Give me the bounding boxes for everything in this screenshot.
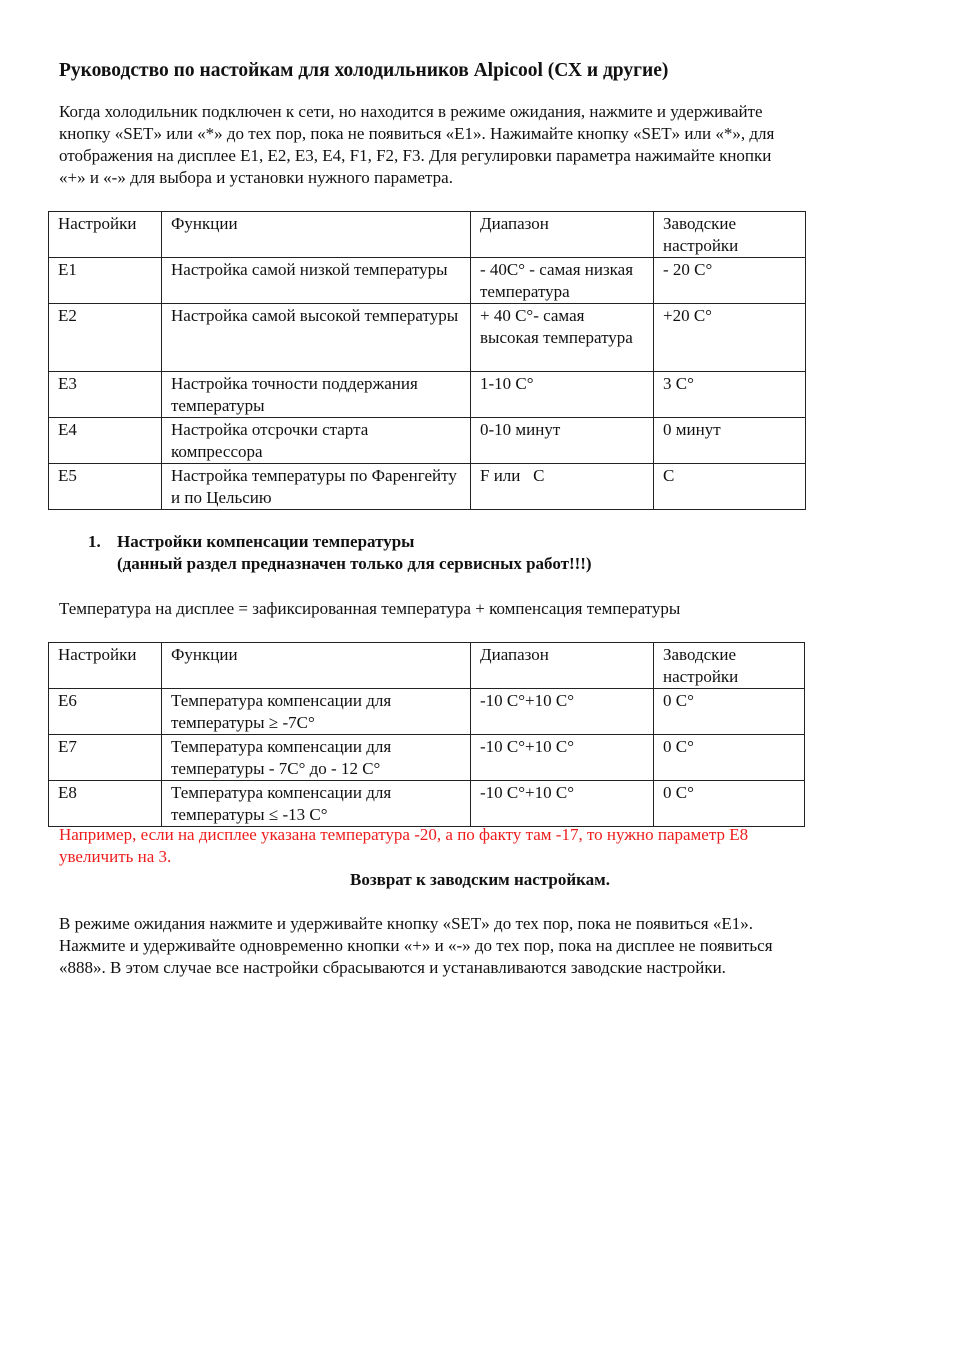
default-cell: 0 C° [654, 689, 805, 735]
default-cell: 0 C° [654, 781, 805, 827]
code-cell: E3 [49, 372, 162, 418]
default-cell: C [654, 464, 806, 510]
table-row: E2 Настройка самой высокой температуры +… [49, 304, 806, 372]
function-cell: Настройка точности поддержания температу… [162, 372, 471, 418]
range-cell: -10 C°+10 C° [471, 781, 654, 827]
code-cell: E4 [49, 418, 162, 464]
function-cell: Настройка отсрочки старта компрессора [162, 418, 471, 464]
code-cell: E2 [49, 304, 162, 372]
section-heading: 1.Настройки компенсации температуры (дан… [88, 531, 592, 575]
reset-line: Нажмите и удерживайте одновременно кнопк… [59, 935, 899, 957]
reset-paragraph: В режиме ожидания нажмите и удерживайте … [59, 913, 899, 979]
header-cell: Функции [162, 643, 471, 689]
code-cell: E7 [49, 735, 162, 781]
table-row: E6 Температура компенсации для температу… [49, 689, 805, 735]
settings-table-e6-e8: Настройки Функции Диапазон Заводские нас… [48, 642, 805, 827]
section-title: Настройки компенсации температуры [117, 532, 414, 551]
document-title: Руководство по настойкам для холодильник… [59, 60, 668, 82]
intro-line: Когда холодильник подключен к сети, но н… [59, 101, 899, 123]
function-cell: Температура компенсации для температуры … [162, 689, 471, 735]
header-cell: Заводские настройки [654, 212, 806, 258]
intro-line: кнопку «SET» или «*» до тех пор, пока не… [59, 123, 899, 145]
default-cell: - 20 C° [654, 258, 806, 304]
formula-text: Температура на дисплее = зафиксированная… [59, 598, 899, 620]
table-row: E3 Настройка точности поддержания темпер… [49, 372, 806, 418]
default-cell: 3 C° [654, 372, 806, 418]
document-page: Руководство по настойкам для холодильник… [0, 0, 960, 1358]
section-number: 1. [88, 531, 117, 553]
code-cell: E1 [49, 258, 162, 304]
range-cell: - 40C° - самая низкая температура [471, 258, 654, 304]
table-row: E5 Настройка температуры по Фаренгейту и… [49, 464, 806, 510]
code-cell: E8 [49, 781, 162, 827]
range-cell: -10 C°+10 C° [471, 689, 654, 735]
code-cell: E5 [49, 464, 162, 510]
table-row: E4 Настройка отсрочки старта компрессора… [49, 418, 806, 464]
default-cell: +20 C° [654, 304, 806, 372]
header-cell: Функции [162, 212, 471, 258]
reset-heading: Возврат к заводским настройкам. [0, 869, 960, 891]
default-cell: 0 C° [654, 735, 805, 781]
function-cell: Температура компенсации для температуры … [162, 735, 471, 781]
header-cell: Настройки [49, 212, 162, 258]
settings-table-e1-e5: Настройки Функции Диапазон Заводские нас… [48, 211, 806, 510]
intro-paragraph: Когда холодильник подключен к сети, но н… [59, 101, 899, 189]
header-cell: Заводские настройки [654, 643, 805, 689]
range-cell: 1-10 C° [471, 372, 654, 418]
code-cell: E6 [49, 689, 162, 735]
example-line: Например, если на дисплее указана темпер… [59, 824, 899, 846]
table-row: E1 Настройка самой низкой температуры - … [49, 258, 806, 304]
reset-line: «888». В этом случае все настройки сбрас… [59, 957, 899, 979]
intro-line: отображения на дисплее E1, E2, E3, E4, F… [59, 145, 899, 167]
reset-heading-text: Возврат к заводским настройкам. [350, 870, 610, 889]
range-cell: F или C [471, 464, 654, 510]
range-cell: -10 C°+10 C° [471, 735, 654, 781]
function-cell: Настройка самой высокой температуры [162, 304, 471, 372]
section-subtitle: (данный раздел предназначен только для с… [88, 553, 592, 575]
reset-line: В режиме ожидания нажмите и удерживайте … [59, 913, 899, 935]
intro-line: «+» и «-» для выбора и установки нужного… [59, 167, 899, 189]
function-cell: Температура компенсации для температуры … [162, 781, 471, 827]
default-cell: 0 минут [654, 418, 806, 464]
table-header-row: Настройки Функции Диапазон Заводские нас… [49, 212, 806, 258]
header-cell: Настройки [49, 643, 162, 689]
header-cell: Диапазон [471, 643, 654, 689]
range-cell: 0-10 минут [471, 418, 654, 464]
example-line: увеличить на 3. [59, 846, 899, 868]
example-note: Например, если на дисплее указана темпер… [59, 824, 899, 868]
table-row: E8 Температура компенсации для температу… [49, 781, 805, 827]
header-cell: Диапазон [471, 212, 654, 258]
table-header-row: Настройки Функции Диапазон Заводские нас… [49, 643, 805, 689]
range-cell: + 40 C°- самая высокая температура [471, 304, 654, 372]
function-cell: Настройка самой низкой температуры [162, 258, 471, 304]
function-cell: Настройка температуры по Фаренгейту и по… [162, 464, 471, 510]
table-row: E7 Температура компенсации для температу… [49, 735, 805, 781]
